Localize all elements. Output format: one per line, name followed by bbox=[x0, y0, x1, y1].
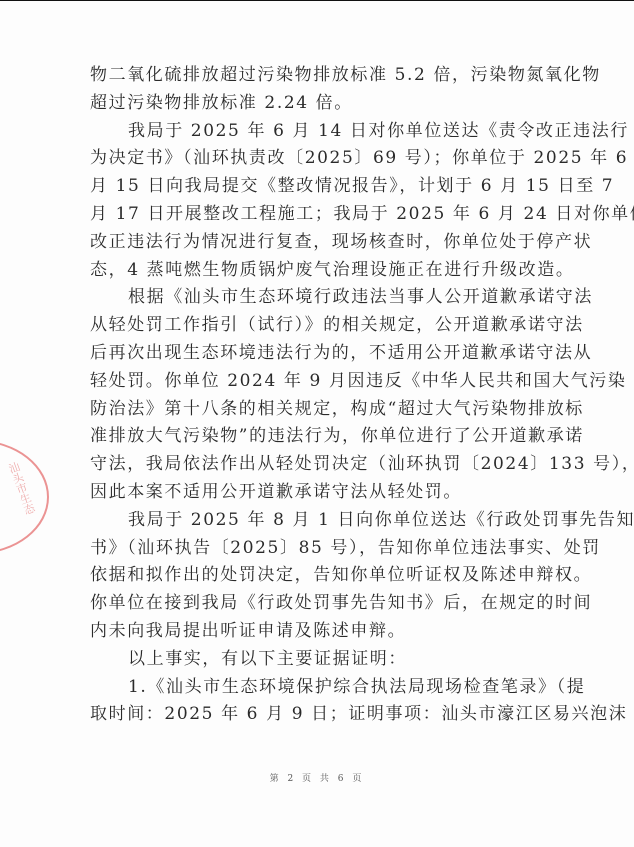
text-line: 防治法》第十八条的相关规定，构成“超过大气污染物排放标 bbox=[90, 396, 552, 424]
text-line: 月 15 日向我局提交《整改情况报告》，计划于 6 月 15 日至 7 bbox=[90, 173, 552, 201]
text-line: 书》（汕环执告〔2025〕85 号），告知你单位违法事实、处罚 bbox=[90, 535, 552, 563]
text-line: 准排放大气污染物”的违法行为，你单位进行了公开道歉承诺 bbox=[90, 423, 552, 451]
text-line: 依据和拟作出的处罚决定，告知你单位听证权及陈述申辩权。 bbox=[90, 562, 552, 590]
paragraph-start-line: 根据《汕头市生态环境行政违法当事人公开道歉承诺守法 bbox=[90, 284, 552, 312]
text-line: 改正违法行为情况进行复查，现场核查时，你单位处于停产状 bbox=[90, 229, 552, 257]
text-line: 月 17 日开展整改工程施工；我局于 2025 年 6 月 24 日对你单位 bbox=[90, 201, 552, 229]
text-line: 取时间：2025 年 6 月 9 日；证明事项：汕头市濠江区易兴泡沫 bbox=[90, 701, 552, 729]
text-line: 轻处罚。你单位 2024 年 9 月因违反《中华人民共和国大气污染 bbox=[90, 368, 552, 396]
paragraph-start-line: 我局于 2025 年 8 月 1 日向你单位送达《行政处罚事先告知 bbox=[90, 507, 552, 535]
page-top-edge bbox=[0, 0, 634, 1]
text-line: 物二氧化硫排放超过污染物排放标准 5.2 倍，污染物氮氧化物 bbox=[90, 62, 552, 90]
text-line: 你单位在接到我局《行政处罚事先告知书》后，在规定的时间 bbox=[90, 590, 552, 618]
text-line: 从轻处罚工作指引（试行）》的相关规定，公开道歉承诺守法 bbox=[90, 312, 552, 340]
text-line: 为决定书》（汕环执责改〔2025〕69 号）；你单位于 2025 年 6 bbox=[90, 145, 552, 173]
text-line: 守法，我局依法作出从轻处罚决定（汕环执罚〔2024〕133 号）， bbox=[90, 451, 552, 479]
paragraph-start-line: 我局于 2025 年 6 月 14 日对你单位送达《责令改正违法行 bbox=[90, 118, 552, 146]
page-number-footer: 第 2 页 共 6 页 bbox=[0, 771, 634, 784]
text-line: 超过污染物排放标准 2.24 倍。 bbox=[90, 90, 552, 118]
text-line: 内未向我局提出听证申请及陈述申辩。 bbox=[90, 618, 552, 646]
text-line: 后再次出现生态环境违法行为的，不适用公开道歉承诺守法从 bbox=[90, 340, 552, 368]
document-body: 物二氧化硫排放超过污染物排放标准 5.2 倍，污染物氮氧化物 超过污染物排放标准… bbox=[90, 62, 552, 729]
text-line: 态，4 蒸吨燃生物质锅炉废气治理设施正在进行升级改造。 bbox=[90, 257, 552, 285]
document-page: 汕头市生态 物二氧化硫排放超过污染物排放标准 5.2 倍，污染物氮氧化物 超过污… bbox=[0, 0, 634, 847]
paragraph-start-line: 以上事实，有以下主要证据证明： bbox=[90, 646, 552, 674]
evidence-item-line: 1.《汕头市生态环境保护综合执法局现场检查笔录》（提 bbox=[90, 674, 552, 702]
text-line: 因此本案不适用公开道歉承诺守法从轻处罚。 bbox=[90, 479, 552, 507]
